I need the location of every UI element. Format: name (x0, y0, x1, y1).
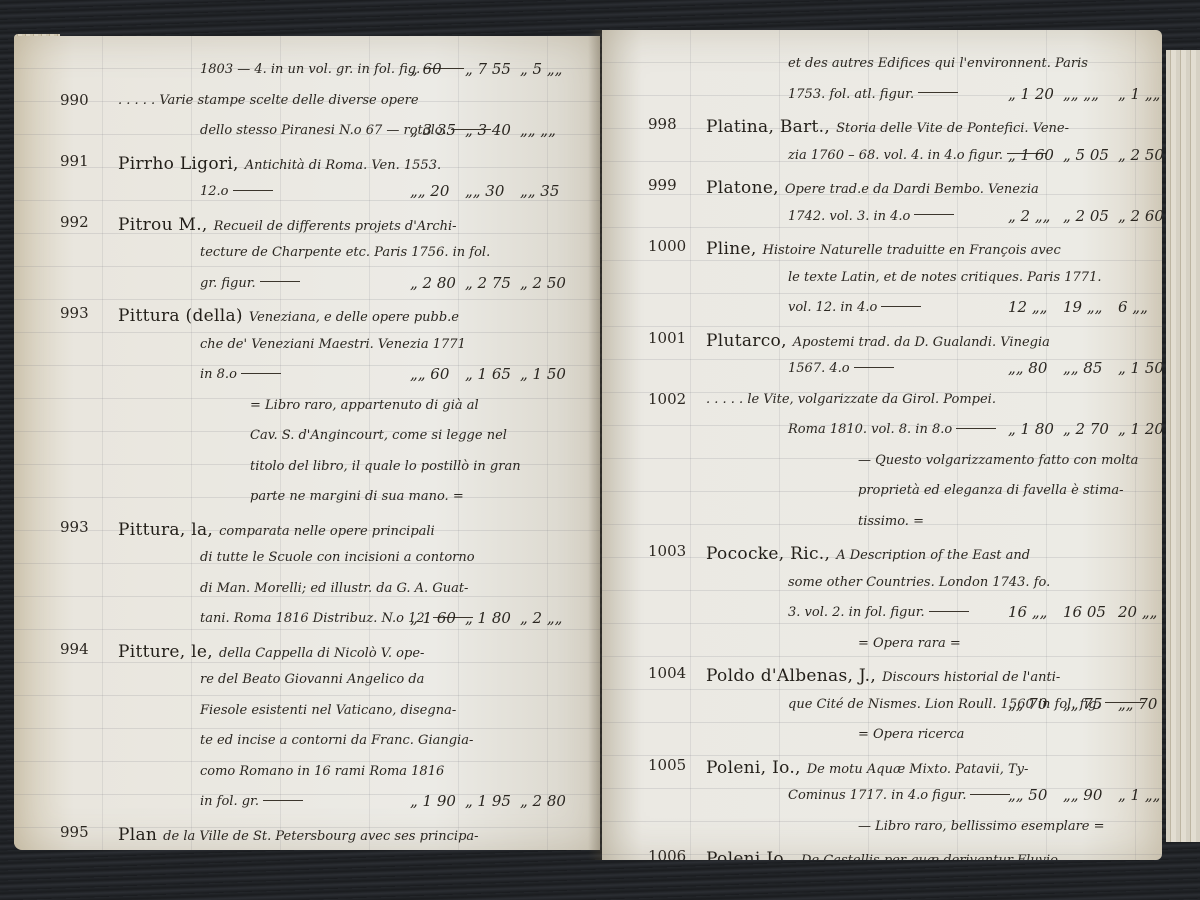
price-column-3: „ 2 60 (1118, 207, 1162, 225)
entry-author-heading: Poldo d'Albenas, J., (706, 666, 876, 686)
entry-description: gr. figur. (200, 276, 256, 291)
ledger-line: = Libro raro, appartenuto di già al (60, 390, 590, 421)
entry-text: le texte Latin, et de notes critiques. P… (788, 270, 1101, 285)
entry-description: zia 1760 – 68. vol. 4. in 4.o figur. (788, 148, 1003, 163)
entry-author-heading: Platina, Bart., (706, 117, 830, 137)
ledger-line: tani. Roma 1816 Distribuz. N.o 12.„ 1 60… (60, 603, 590, 634)
entry-description: in fol. gr. (200, 794, 259, 809)
entry-author-heading: Pittura, la, (118, 520, 213, 540)
entry-description: de la Ville de St. Petersbourg avec ses … (163, 829, 478, 844)
ledger-line: 1567. 4.o„„ 80„„ 85„ 1 50 (648, 353, 1152, 384)
entry-description: Storia delle Vite de Pontefici. Vene- (836, 121, 1069, 136)
entry-number: 992 (60, 213, 89, 231)
entry-text: Platina, Bart.,Storia delle Vite de Pont… (706, 117, 1069, 137)
ledger-line: 1004Poldo d'Albenas, J.,Discours histori… (648, 658, 1152, 689)
price-column-1: „ 2 80 (410, 274, 456, 292)
price-column-3: „„ 35 (520, 182, 559, 200)
entry-text: Cav. S. d'Angincourt, come si legge nel (250, 428, 507, 443)
entry-text: gr. figur. (200, 276, 304, 291)
entry-text: Poldo d'Albenas, J.,Discours historial d… (706, 666, 1060, 686)
entry-description: 12.o (200, 184, 229, 199)
ledger-line: 998Platina, Bart.,Storia delle Vite de P… (648, 109, 1152, 140)
entry-description: . . . . . Varie stampe scelte delle dive… (118, 93, 419, 108)
entry-text: = Opera ricerca (858, 727, 964, 742)
entry-author-heading: Pitture, le, (118, 642, 213, 662)
price-column-2: „ 2 05 (1063, 207, 1109, 225)
price-column-3: „ 2 80 (520, 792, 566, 810)
entry-note: Cav. S. d'Angincourt, come si legge nel (250, 428, 507, 443)
entry-number: 1002 (648, 390, 686, 408)
ledger-line: 994Pitture, le,della Cappella di Nicolò … (60, 634, 590, 665)
ledger-line: vol. 12. in 4.o12 „„19 „„6 „„ (648, 292, 1152, 323)
price-column-2: „„ 85 (1063, 359, 1102, 377)
price-column-1: 12 „„ (1008, 298, 1047, 316)
price-column-2: „ 1 80 (465, 609, 511, 627)
entry-description: et des autres Edifices qui l'environnent… (788, 56, 1088, 71)
price-column-1: „„ 70 (1008, 695, 1047, 713)
entry-description: Veneziana, e delle opere pubb.e (249, 310, 459, 325)
price-column-1: „ 1 80 (1008, 420, 1054, 438)
entry-author-heading: Pline, (706, 239, 757, 259)
ledger-line: 1742. vol. 3. in 4.o„ 2 „„„ 2 05„ 2 60 (648, 201, 1152, 232)
entry-description: comparata nelle opere principali (219, 524, 435, 539)
ledger-line: 1006Poleni Io.,De Castellis per quæ deri… (648, 841, 1152, 860)
price-column-2: „„ 90 (1063, 786, 1102, 804)
entry-description: di tutte le Scuole con incisioni a conto… (200, 550, 475, 565)
entry-author-heading: Plan (118, 825, 157, 845)
price-column-1: „ 1 60 (1008, 146, 1054, 164)
entry-text: in fol. gr. (200, 794, 307, 809)
entry-description: que Cité de Nismes. Lion Roull. 1560 in … (788, 697, 1101, 712)
entry-number: 1003 (648, 542, 686, 560)
price-column-1: „ 60 (410, 60, 442, 78)
price-column-2: „ 1 65 (465, 365, 511, 383)
ledger-line: 992Pitrou M.,Recueil de differents proje… (60, 207, 590, 238)
leader-line (854, 367, 894, 368)
leader-line (241, 373, 281, 374)
entry-description: 3. vol. 2. in fol. figur. (788, 605, 925, 620)
entry-number: 993 (60, 304, 89, 322)
price-column-1: „„ 20 (410, 182, 449, 200)
price-column-1: „„ 80 (1008, 359, 1047, 377)
ledger-line: — Questo volgarizzamento fatto con molta (648, 445, 1152, 476)
price-column-3: „ 1 „„ (1118, 85, 1160, 103)
ledger-line: Cominus 1717. in 4.o figur.„„ 50„„ 90„ 1… (648, 780, 1152, 811)
price-column-3: „ 2 50 (1118, 146, 1162, 164)
entry-text: titolo del libro, il quale lo postillò i… (250, 459, 521, 474)
entry-description: some other Countries. London 1743. fo. (788, 575, 1050, 590)
entry-text: Pitrou M.,Recueil de differents projets … (118, 215, 457, 235)
price-column-3: „ 1 50 (1118, 359, 1162, 377)
entry-description: in 8.o (200, 367, 237, 382)
entry-author-heading: Pittura (della) (118, 306, 243, 326)
entry-text: some other Countries. London 1743. fo. (788, 575, 1050, 590)
entry-number: 1006 (648, 847, 686, 860)
price-column-1: „ 1 90 (410, 792, 456, 810)
price-column-3: „ 1 50 (520, 365, 566, 383)
price-column-2: „ 2 75 (465, 274, 511, 292)
entry-number: 1000 (648, 237, 686, 255)
leader-line (929, 611, 969, 612)
ledger-line: re del Beato Giovanni Angelico da (60, 664, 590, 695)
open-ledger-book: 1803 — 4. in un vol. gr. in fol. fig.„ 6… (14, 30, 1194, 860)
entry-number: 993 (60, 518, 89, 536)
entry-description: 1803 — 4. in un vol. gr. in fol. fig. (200, 62, 420, 77)
entry-text: como Romano in 16 rami Roma 1816 (200, 764, 444, 779)
entry-text: che de' Veneziani Maestri. Venezia 1771 (200, 337, 466, 352)
entry-text: di Man. Morelli; ed illustr. da G. A. Gu… (200, 581, 468, 596)
price-column-2: 19 „„ (1063, 298, 1102, 316)
entry-text: parte ne margini di sua mano. = (250, 489, 464, 504)
leader-line (233, 190, 273, 191)
price-column-1: „ 1 20 (1008, 85, 1054, 103)
price-column-3: „ 1 „„ (1118, 786, 1160, 804)
left-page: 1803 — 4. in un vol. gr. in fol. fig.„ 6… (14, 36, 600, 850)
ledger-line: zia 1760 – 68. vol. 4. in 4.o figur.„ 1 … (648, 140, 1152, 171)
price-column-3: „„ 70 (1118, 695, 1157, 713)
entry-author-heading: Platone, (706, 178, 779, 198)
entry-description: Apostemi trad. da D. Gualandi. Vinegia (793, 335, 1050, 350)
ledger-line: parte ne margini di sua mano. = (60, 481, 590, 512)
entry-text: Pittura (della)Veneziana, e delle opere … (118, 306, 459, 326)
ledger-line: tecture de Charpente etc. Paris 1756. in… (60, 237, 590, 268)
ledger-line: Cav. S. d'Angincourt, come si legge nel (60, 420, 590, 451)
ledger-line: 1000Pline,Histoire Naturelle traduitte e… (648, 231, 1152, 262)
ledger-line: = Opera rara = (648, 628, 1152, 659)
price-column-3: „ 2 50 (520, 274, 566, 292)
leader-line (914, 214, 954, 215)
entry-text: . . . . . Varie stampe scelte delle dive… (118, 93, 419, 108)
entry-description: tecture de Charpente etc. Paris 1756. in… (200, 245, 490, 260)
price-column-3: „ 1 20 (1118, 420, 1162, 438)
ledger-line: 990. . . . . Varie stampe scelte delle d… (60, 85, 590, 116)
entry-note: — Libro raro, bellissimo esemplare = (858, 819, 1105, 834)
ledger-line: di Man. Morelli; ed illustr. da G. A. Gu… (60, 573, 590, 604)
entry-text: Platone,Opere trad.e da Dardi Bembo. Ven… (706, 178, 1039, 198)
entry-text: et des autres Edifices qui l'environnent… (788, 56, 1088, 71)
entry-text: in 8.o (200, 367, 285, 382)
entry-text: Poleni Io.,De Castellis per quæ derivant… (706, 849, 1062, 860)
entry-description: Discours historial de l'anti- (882, 670, 1060, 685)
leader-line (260, 281, 300, 282)
entry-text: 3. vol. 2. in fol. figur. (788, 605, 973, 620)
entry-text: — Libro raro, bellissimo esemplare = (858, 819, 1105, 834)
right-page: et des autres Edifices qui l'environnent… (602, 30, 1162, 860)
entry-text: vol. 12. in 4.o (788, 300, 925, 315)
entry-text: Poleni, Io.,De motu Aquæ Mixto. Patavii,… (706, 758, 1028, 778)
price-column-1: 16 „„ (1008, 603, 1047, 621)
entry-author-heading: Poleni, Io., (706, 758, 801, 778)
entry-description: Fiesole esistenti nel Vaticano, disegna- (200, 703, 456, 718)
entry-number: 1005 (648, 756, 686, 774)
entry-text: di tutte le Scuole con incisioni a conto… (200, 550, 475, 565)
price-column-3: „ 2 „„ (520, 609, 562, 627)
entry-text: Pline,Histoire Naturelle traduitte en Fr… (706, 239, 1061, 259)
ledger-line: Fiesole esistenti nel Vaticano, disegna- (60, 695, 590, 726)
left-page-entries: 1803 — 4. in un vol. gr. in fol. fig.„ 6… (60, 54, 590, 850)
price-column-3: 20 „„ (1118, 603, 1157, 621)
entry-text: Fiesole esistenti nel Vaticano, disegna- (200, 703, 456, 718)
price-column-2: „ 5 05 (1063, 146, 1109, 164)
entry-description: della Cappella di Nicolò V. ope- (219, 646, 424, 661)
entry-description: 1753. fol. atl. figur. (788, 87, 914, 102)
ledger-line: 999Platone,Opere trad.e da Dardi Bembo. … (648, 170, 1152, 201)
leader-line (970, 794, 1010, 795)
entry-note: = Opera ricerca (858, 727, 964, 742)
ledger-line: te ed incise a contorni da Franc. Giangi… (60, 725, 590, 756)
entry-note: tissimo. = (858, 514, 924, 529)
entry-description: 1567. 4.o (788, 361, 850, 376)
entry-number: 1004 (648, 664, 686, 682)
entry-description: te ed incise a contorni da Franc. Giangi… (200, 733, 473, 748)
entry-text: = Libro raro, appartenuto di già al (250, 398, 479, 413)
entry-text: 1567. 4.o (788, 361, 898, 376)
price-column-1: „ 1 60 (410, 609, 456, 627)
entry-description: como Romano in 16 rami Roma 1816 (200, 764, 444, 779)
entry-author-heading: Plutarco, (706, 331, 787, 351)
entry-text: Plutarco,Apostemi trad. da D. Gualandi. … (706, 331, 1050, 351)
entry-number: 990 (60, 91, 89, 109)
entry-description: De motu Aquæ Mixto. Patavii, Ty- (807, 762, 1029, 777)
entry-number: 999 (648, 176, 677, 194)
ledger-line: 1002. . . . . le Vite, volgarizzate da G… (648, 384, 1152, 415)
entry-description: le texte Latin, et de notes critiques. P… (788, 270, 1101, 285)
ledger-line: 993Pittura (della)Veneziana, e delle ope… (60, 298, 590, 329)
ledger-line: como Romano in 16 rami Roma 1816 (60, 756, 590, 787)
ledger-line: some other Countries. London 1743. fo. (648, 567, 1152, 598)
ledger-line: que Cité de Nismes. Lion Roull. 1560 in … (648, 689, 1152, 720)
ledger-line: les Vues. St. Petersbourg 1753. in fol. … (60, 847, 590, 850)
entry-text: tecture de Charpente etc. Paris 1756. in… (200, 245, 490, 260)
ledger-line: dello stesso Piranesi N.o 67 — rotolo.„ … (60, 115, 590, 146)
price-column-3: „„ „„ (520, 121, 556, 139)
entry-description: Antichità di Roma. Ven. 1553. (245, 158, 441, 173)
ledger-line: in fol. gr.„ 1 90„ 1 95„ 2 80 (60, 786, 590, 817)
price-column-1: „ 3 35 (410, 121, 456, 139)
price-column-1: „ 2 „„ (1008, 207, 1050, 225)
entry-author-heading: Pitrou M., (118, 215, 208, 235)
leader-line (881, 306, 921, 307)
entry-description: 1742. vol. 3. in 4.o (788, 209, 910, 224)
entry-number: 994 (60, 640, 89, 658)
price-column-1: „„ 50 (1008, 786, 1047, 804)
entry-description: Cominus 1717. in 4.o figur. (788, 788, 966, 803)
ledger-line: gr. figur.„ 2 80„ 2 75„ 2 50 (60, 268, 590, 299)
price-column-2: „ 3 40 (465, 121, 511, 139)
entry-description: vol. 12. in 4.o (788, 300, 877, 315)
entry-description: tani. Roma 1816 Distribuz. N.o 12. (200, 611, 429, 626)
entry-text: Plande la Ville de St. Petersbourg avec … (118, 825, 479, 845)
price-column-2: „„ 75 (1063, 695, 1102, 713)
entry-text: proprietà ed eleganza di favella è stima… (858, 483, 1123, 498)
entry-note: — Questo volgarizzamento fatto con molta (858, 453, 1138, 468)
price-column-3: „ 5 „„ (520, 60, 562, 78)
entry-text: te ed incise a contorni da Franc. Giangi… (200, 733, 473, 748)
ledger-line: tissimo. = (648, 506, 1152, 537)
leader-line (956, 428, 996, 429)
right-page-entries: et des autres Edifices qui l'environnent… (648, 48, 1152, 860)
entry-description: A Description of the East and (836, 548, 1030, 563)
ledger-line: 1003Pococke, Ric.,A Description of the E… (648, 536, 1152, 567)
leader-line (918, 92, 958, 93)
ledger-line: 1753. fol. atl. figur.„ 1 20„„ „„„ 1 „„ (648, 79, 1152, 110)
ledger-line: = Opera ricerca (648, 719, 1152, 750)
price-column-2: „ 1 95 (465, 792, 511, 810)
entry-number: 998 (648, 115, 677, 133)
ledger-line: 995Plande la Ville de St. Petersbourg av… (60, 817, 590, 848)
entry-text: Pococke, Ric.,A Description of the East … (706, 544, 1030, 564)
ledger-line: 3. vol. 2. in fol. figur.16 „„16 0520 „„ (648, 597, 1152, 628)
ledger-line: titolo del libro, il quale lo postillò i… (60, 451, 590, 482)
entry-number: 995 (60, 823, 89, 841)
ledger-line: 993Pittura, la,comparata nelle opere pri… (60, 512, 590, 543)
price-column-2: „„ „„ (1063, 85, 1099, 103)
entry-text: = Opera rara = (858, 636, 961, 651)
entry-author-heading: Poleni Io., (706, 849, 795, 860)
price-column-1: „„ 60 (410, 365, 449, 383)
ledger-line: 1001Plutarco,Apostemi trad. da D. Gualan… (648, 323, 1152, 354)
price-column-2: „ 7 55 (465, 60, 511, 78)
ledger-line: che de' Veneziani Maestri. Venezia 1771 (60, 329, 590, 360)
entry-description: . . . . . le Vite, volgarizzate da Girol… (706, 392, 996, 407)
ledger-line: 1005Poleni, Io.,De motu Aquæ Mixto. Pata… (648, 750, 1152, 781)
ledger-line: 1803 — 4. in un vol. gr. in fol. fig.„ 6… (60, 54, 590, 85)
entry-text: — Questo volgarizzamento fatto con molta (858, 453, 1138, 468)
entry-description: di Man. Morelli; ed illustr. da G. A. Gu… (200, 581, 468, 596)
entry-note: titolo del libro, il quale lo postillò i… (250, 459, 521, 474)
entry-text: tissimo. = (858, 514, 924, 529)
entry-description: Roma 1810. vol. 8. in 8.o (788, 422, 952, 437)
entry-note: proprietà ed eleganza di favella è stima… (858, 483, 1123, 498)
entry-text: Pitture, le,della Cappella di Nicolò V. … (118, 642, 424, 662)
entry-description: Recueil de differents projets d'Archi- (214, 219, 457, 234)
leader-line (263, 800, 303, 801)
entry-text: re del Beato Giovanni Angelico da (200, 672, 424, 687)
entry-note: parte ne margini di sua mano. = (250, 489, 464, 504)
entry-description: De Castellis per quæ derivantur Fluvio- (801, 853, 1062, 860)
entry-description: Opere trad.e da Dardi Bembo. Venezia (785, 182, 1039, 197)
entry-note: = Opera rara = (858, 636, 961, 651)
entry-text: Pirrho Ligori,Antichità di Roma. Ven. 15… (118, 154, 441, 174)
price-column-2: „ 2 70 (1063, 420, 1109, 438)
entry-description: re del Beato Giovanni Angelico da (200, 672, 424, 687)
ledger-line: — Libro raro, bellissimo esemplare = (648, 811, 1152, 842)
entry-author-heading: Pococke, Ric., (706, 544, 830, 564)
entry-text: Pittura, la,comparata nelle opere princi… (118, 520, 435, 540)
entry-text: 1742. vol. 3. in 4.o (788, 209, 958, 224)
ledger-line: 12.o„„ 20„„ 30„„ 35 (60, 176, 590, 207)
entry-description: Histoire Naturelle traduitte en François… (763, 243, 1061, 258)
entry-text: 1753. fol. atl. figur. (788, 87, 962, 102)
entry-number: 1001 (648, 329, 686, 347)
price-column-2: 16 05 (1063, 603, 1106, 621)
ledger-line: di tutte le Scuole con incisioni a conto… (60, 542, 590, 573)
entry-text: Cominus 1717. in 4.o figur. (788, 788, 1014, 803)
ledger-line: in 8.o„„ 60„ 1 65„ 1 50 (60, 359, 590, 390)
ledger-line: proprietà ed eleganza di favella è stima… (648, 475, 1152, 506)
right-page-edges (1166, 50, 1200, 842)
ledger-line: 991Pirrho Ligori,Antichità di Roma. Ven.… (60, 146, 590, 177)
price-column-3: 6 „„ (1118, 298, 1148, 316)
entry-text: . . . . . le Vite, volgarizzate da Girol… (706, 392, 996, 407)
price-column-2: „„ 30 (465, 182, 504, 200)
entry-text: 12.o (200, 184, 277, 199)
entry-description: che de' Veneziani Maestri. Venezia 1771 (200, 337, 466, 352)
entry-note: = Libro raro, appartenuto di già al (250, 398, 479, 413)
entry-number: 991 (60, 152, 89, 170)
ledger-line: le texte Latin, et de notes critiques. P… (648, 262, 1152, 293)
ledger-line: et des autres Edifices qui l'environnent… (648, 48, 1152, 79)
entry-text: Roma 1810. vol. 8. in 8.o (788, 422, 1000, 437)
entry-author-heading: Pirrho Ligori, (118, 154, 239, 174)
ledger-line: Roma 1810. vol. 8. in 8.o„ 1 80„ 2 70„ 1… (648, 414, 1152, 445)
